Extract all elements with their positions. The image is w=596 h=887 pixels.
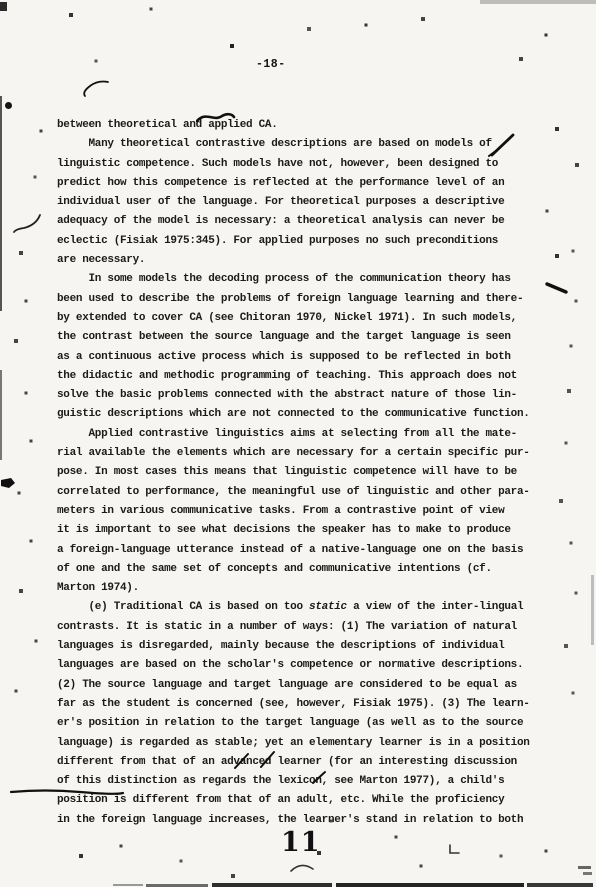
pen-squiggle-arrow (196, 110, 236, 131)
text-line: different from that of an advanced learn… (57, 753, 552, 772)
text-line: of one and the same set of concepts and … (57, 560, 552, 579)
text-line: are necessary. (57, 251, 552, 270)
text-line: correlated to performance, the meaningfu… (57, 483, 552, 502)
text-line: Applied contrastive linguistics aims at … (57, 425, 552, 444)
scanned-page: -18- between theoretical and applied CA.… (0, 0, 596, 887)
pen-strike-mark (232, 752, 252, 775)
text-line: the didactic and methodic programming of… (57, 367, 552, 386)
pen-hook-mark (12, 212, 44, 239)
text-line: (e) Traditional CA is based on too stati… (57, 598, 552, 617)
text-line: language) is regarded as stable; yet an … (57, 734, 552, 753)
text-line: rial available the elements which are ne… (57, 444, 552, 463)
scan-edge-artifact (146, 884, 208, 887)
scan-edge-artifact (113, 884, 143, 886)
text-line: er's position in relation to the target … (57, 714, 552, 733)
pen-strike-mark (310, 770, 328, 790)
text-line: been used to describe the problems of fo… (57, 290, 552, 309)
text-line: meters in various communicative tasks. F… (57, 502, 552, 521)
scan-edge-artifact (336, 883, 524, 887)
scan-edge-artifact (591, 575, 594, 645)
text-line: Marton 1974). (57, 579, 552, 598)
scan-edge-artifact (583, 872, 592, 875)
pen-underline-mark (10, 785, 128, 803)
ink-blot (5, 102, 12, 109)
text-line: pose. In most cases this means that ling… (57, 463, 552, 482)
pen-strike-mark (257, 750, 277, 773)
text-line: linguistic competence. Such models have … (57, 155, 552, 174)
text-line: Many theoretical contrastive description… (57, 135, 552, 154)
scan-edge-artifact (480, 0, 596, 4)
text-line: it is important to see what decisions th… (57, 521, 552, 540)
document-text: between theoretical and applied CA. Many… (57, 116, 552, 830)
text-line: solve the basic problems connected with … (57, 386, 552, 405)
text-line: position is different from that of an ad… (57, 791, 552, 810)
text-line: languages is disregarded, mainly because… (57, 637, 552, 656)
text-line: (2) The source language and target langu… (57, 676, 552, 695)
text-line: In some models the decoding process of t… (57, 270, 552, 289)
scan-edge-artifact (578, 866, 591, 869)
text-line: individual user of the language. For the… (57, 193, 552, 212)
text-line: the contrast between the source language… (57, 328, 552, 347)
page-header: -18- (256, 58, 286, 71)
text-line: eclectic (Fisiak 1975:345). For applied … (57, 232, 552, 251)
scan-edge-artifact (527, 883, 593, 887)
pen-arrow-mark (1, 476, 17, 495)
pen-slash-mark (488, 133, 516, 162)
text-line: languages are based on the scholar's com… (57, 656, 552, 675)
text-line: by extended to cover CA (see Chitoran 19… (57, 309, 552, 328)
pen-l-mark (447, 843, 461, 861)
scan-edge-artifact (212, 883, 332, 887)
text-line: between theoretical and applied CA. (57, 116, 552, 135)
text-line: guistic descriptions which are not conne… (57, 405, 552, 424)
scan-edge-artifact (0, 96, 2, 311)
pen-hook-mark (80, 79, 112, 104)
text-line: adequacy of the model is necessary: a th… (57, 212, 552, 231)
text-line: far as the student is concerned (see, ho… (57, 695, 552, 714)
pen-dash-mark (545, 281, 569, 300)
text-line: of this distinction as regards the lexic… (57, 772, 552, 791)
text-line: as a continuous active process which is … (57, 348, 552, 367)
page-number: 11 (281, 827, 321, 858)
text-line: predict how this competence is reflected… (57, 174, 552, 193)
scan-edge-artifact (0, 370, 2, 460)
pen-arc-mark (289, 860, 315, 878)
scan-edge-artifact (0, 2, 7, 11)
text-line: a foreign-language utterance instead of … (57, 541, 552, 560)
text-line: contrasts. It is static in a number of w… (57, 618, 552, 637)
